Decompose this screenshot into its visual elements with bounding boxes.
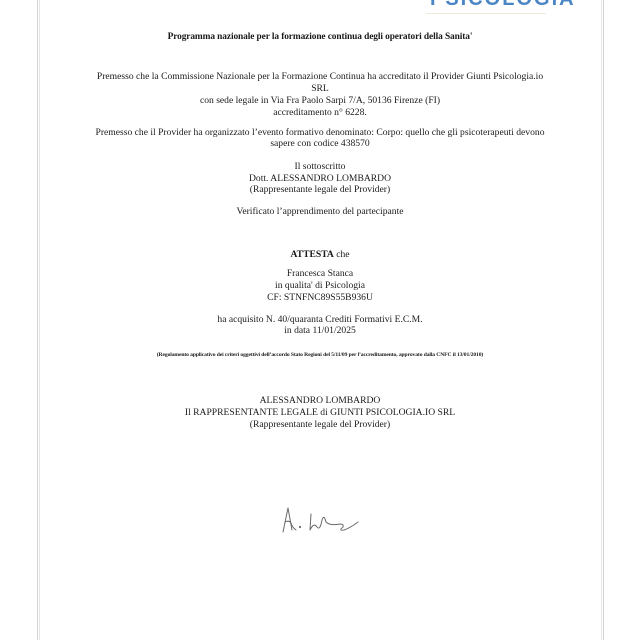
signature-icon: [278, 500, 368, 540]
document-title: Programma nazionale per la formazione co…: [0, 31, 640, 43]
attestation-heading: ATTESTA che: [0, 249, 640, 261]
footer-signatory-title: Il RAPPRESENTANTE LEGALE di GIUNTI PSICO…: [0, 407, 640, 419]
regulation-note: (Regolamento applicativo dei criteri ogg…: [0, 351, 640, 359]
event-line-2: sapere con codice 438570: [0, 138, 640, 150]
certificate-page: PSICOLOGIA Programma nazionale per la fo…: [0, 0, 640, 640]
participant-qualification: in qualita' di Psicologia: [0, 280, 640, 292]
credits-date: in data 11/01/2025: [0, 325, 640, 337]
footer-signatory-name: ALESSANDRO LOMBARDO: [0, 395, 640, 407]
accreditation-line-1: Premesso che la Commissione Nazionale pe…: [0, 71, 640, 83]
accreditation-line-2: SRL: [0, 83, 640, 95]
verification-statement: Verificato l’apprendimento del partecipa…: [0, 206, 640, 218]
attestation-keyword: ATTESTA: [290, 249, 333, 260]
provider-logo: PSICOLOGIA: [430, 0, 576, 11]
attestation-suffix: che: [334, 249, 350, 260]
footer-signatory-role: (Rappresentante legale del Provider): [0, 419, 640, 431]
accreditation-address: con sede legale in Via Fra Paolo Sarpi 7…: [0, 95, 640, 107]
accreditation-number: accreditamento n° 6228.: [0, 107, 640, 119]
participant-tax-code: CF: STNFNC89S55B936U: [0, 292, 640, 304]
signatory-role: (Rappresentante legale del Provider): [0, 184, 640, 196]
logo-underline: [426, 13, 546, 14]
signatory-intro: Il sottoscritto: [0, 161, 640, 173]
participant-name: Francesca Stanca: [0, 268, 640, 280]
